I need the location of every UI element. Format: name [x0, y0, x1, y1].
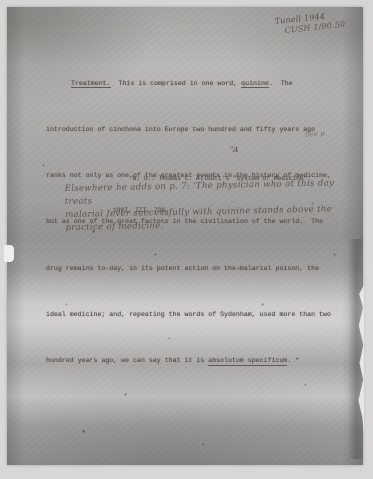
- handwritten-ink-note: Elsewhere he adds on p. 7: 'The physicia…: [64, 177, 355, 235]
- typed-line: ideal medicine; and, repeating the words…: [46, 307, 348, 322]
- typed-line: drug remains to-day, in its potent actio…: [46, 261, 348, 276]
- underlined-word-quinine: quinine: [241, 80, 269, 89]
- underlined-word-treatment: Treatment.: [71, 80, 111, 89]
- ink-speckles: [7, 7, 8, 8]
- handwritten-annotation-topright: Tunell 1944 CUSH 1/90.50: [274, 7, 371, 37]
- paper-notch: [4, 245, 14, 262]
- handwritten-see-page-note: See p.: [305, 129, 328, 139]
- scanned-document: Tunell 1944 CUSH 1/90.50 Treatment. This…: [0, 0, 373, 479]
- typed-line: hundred years ago, we can say that it is…: [46, 353, 348, 368]
- typed-line: introduction of cinchona into Europe two…: [46, 122, 348, 137]
- paper-sheet: Tunell 1944 CUSH 1/90.50 Treatment. This…: [7, 7, 363, 465]
- typed-line: Treatment. This is comprised in one word…: [46, 76, 348, 91]
- torn-paper-edge: [348, 239, 363, 459]
- underlined-phrase-absolutum: absolutum specificum: [208, 357, 287, 366]
